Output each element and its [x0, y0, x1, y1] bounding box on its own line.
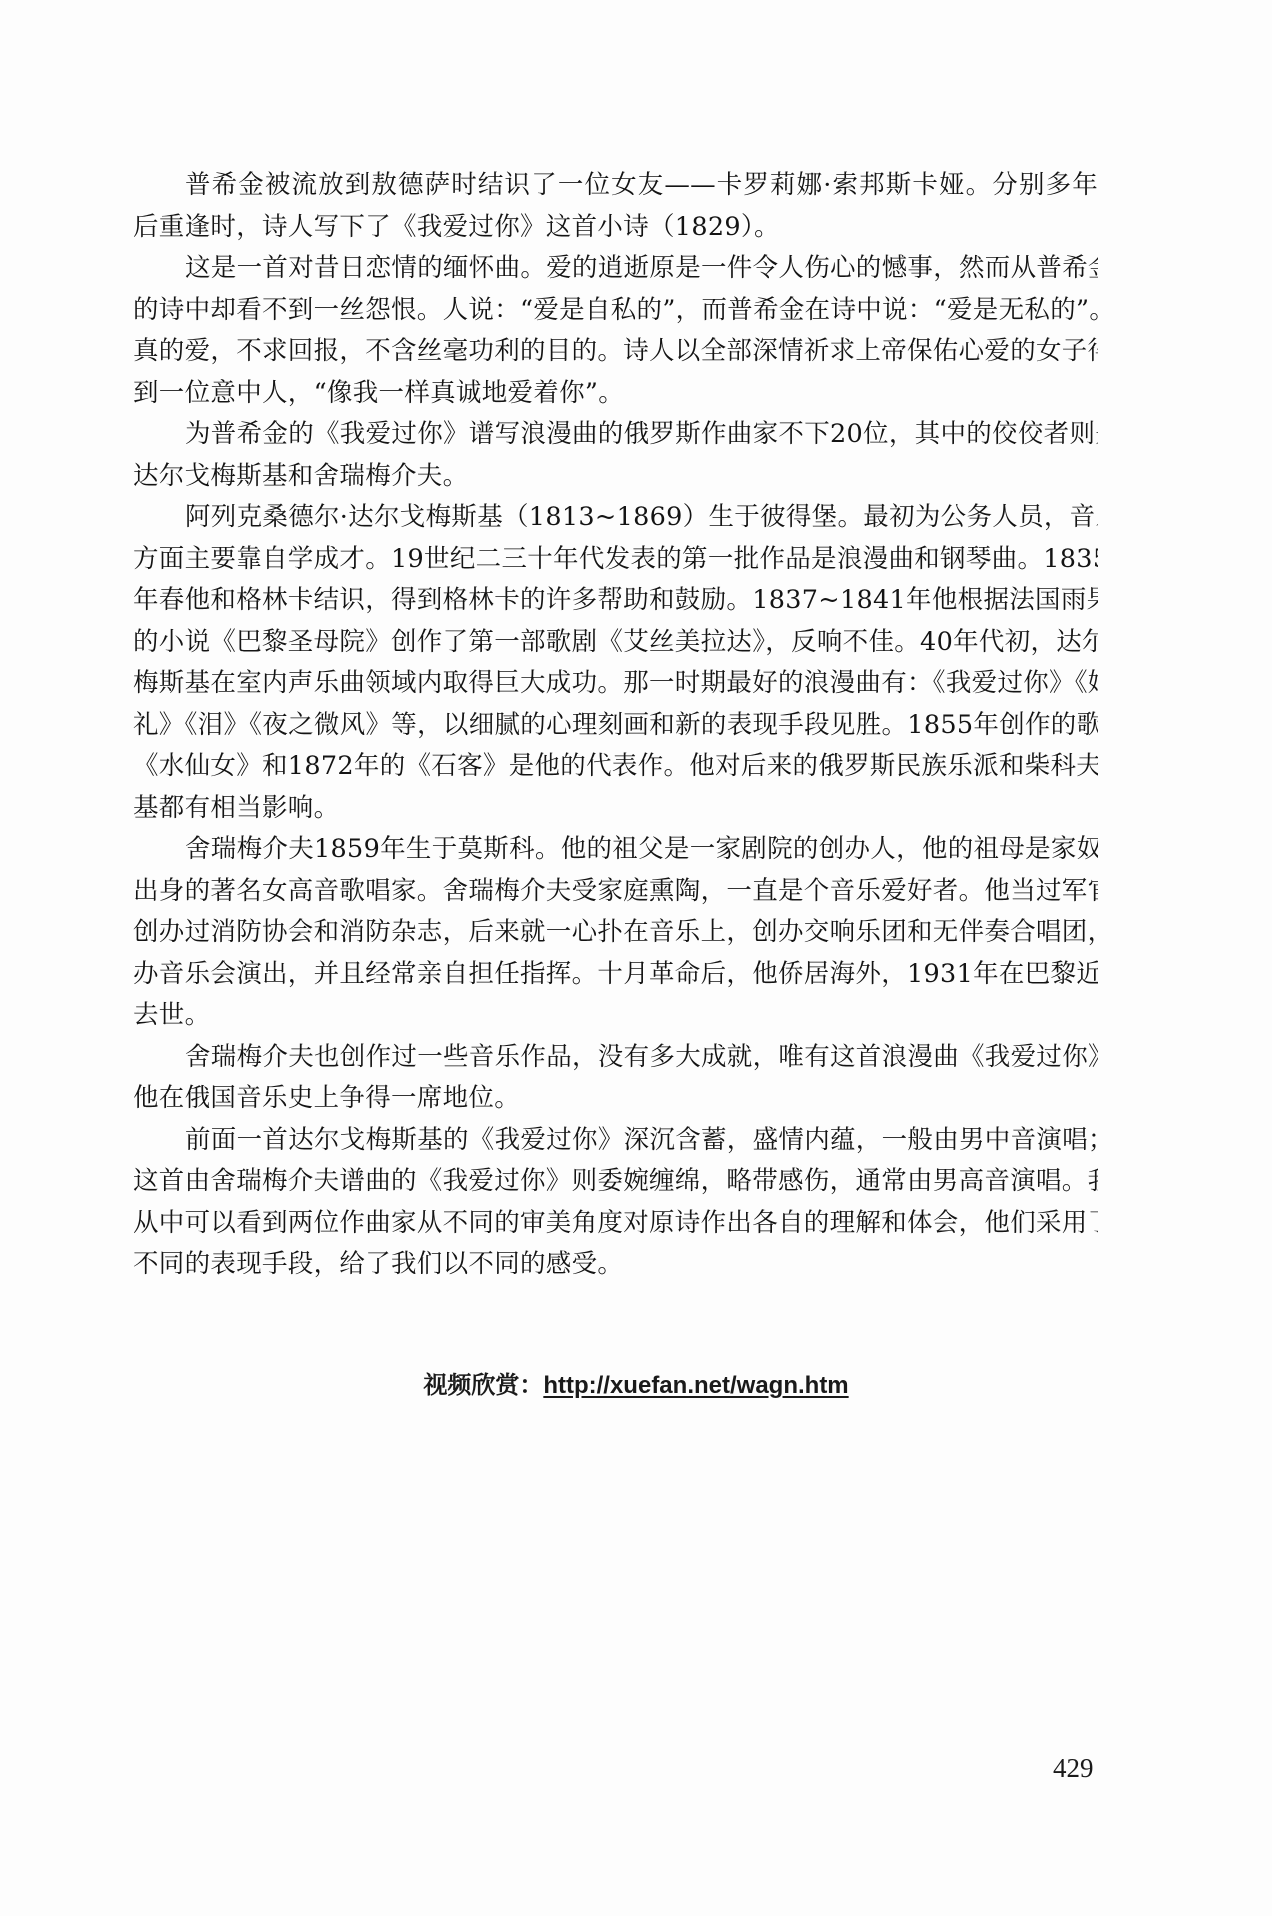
text-line: 去世。	[133, 995, 1098, 1037]
text-line: 前面一首达尔戈梅斯基的《我爱过你》深沉含蓄，盛情内蕴，一般由男中音演唱；而	[133, 1120, 1098, 1162]
paragraph: 阿列克桑德尔·达尔戈梅斯基（1813~1869）生于彼得堡。最初为公务人员，音乐…	[133, 497, 1098, 829]
text-line: 的诗中却看不到一丝怨恨。人说：“爱是自私的”，而普希金在诗中说：“爱是无私的”。…	[133, 290, 1098, 332]
body-text: 普希金被流放到敖德萨时结识了一位女友——卡罗莉娜·索邦斯卡娅。分别多年 后重逢时…	[133, 165, 1098, 1286]
text-line: 的小说《巴黎圣母院》创作了第一部歌剧《艾丝美拉达》，反响不佳。40年代初，达尔戈	[133, 622, 1098, 664]
text-line: 真的爱，不求回报，不含丝毫功利的目的。诗人以全部深情祈求上帝保佑心爱的女子得	[133, 331, 1098, 373]
video-link-row: 视频欣赏：http://xuefan.net/wagn.htm	[0, 1365, 1272, 1400]
text-line: 梅斯基在室内声乐曲领域内取得巨大成功。那一时期最好的浪漫曲有：《我爱过你》《婚	[133, 663, 1098, 705]
text-line: 基都有相当影响。	[133, 788, 1098, 830]
page-number: 429	[1053, 1753, 1094, 1784]
text-line: 《水仙女》和1872年的《石客》是他的代表作。他对后来的俄罗斯民族乐派和柴科夫斯	[133, 746, 1098, 788]
paragraph: 普希金被流放到敖德萨时结识了一位女友——卡罗莉娜·索邦斯卡娅。分别多年 后重逢时…	[133, 165, 1098, 248]
text-line: 到一位意中人，“像我一样真诚地爱着你”。	[133, 373, 1098, 415]
text-line: 普希金被流放到敖德萨时结识了一位女友——卡罗莉娜·索邦斯卡娅。分别多年	[133, 165, 1098, 207]
text-line: 他在俄国音乐史上争得一席地位。	[133, 1078, 1098, 1120]
text-line: 礼》《泪》《夜之微风》等，以细腻的心理刻画和新的表现手段见胜。1855年创作的歌…	[133, 705, 1098, 747]
text-line: 这是一首对昔日恋情的缅怀曲。爱的逍逝原是一件令人伤心的憾事，然而从普希金	[133, 248, 1098, 290]
paragraph: 这是一首对昔日恋情的缅怀曲。爱的逍逝原是一件令人伤心的憾事，然而从普希金 的诗中…	[133, 248, 1098, 414]
text-line: 达尔戈梅斯基和舍瑞梅介夫。	[133, 456, 1098, 498]
book-page: 普希金被流放到敖德萨时结识了一位女友——卡罗莉娜·索邦斯卡娅。分别多年 后重逢时…	[0, 0, 1272, 1916]
paragraph: 舍瑞梅介夫1859年生于莫斯科。他的祖父是一家剧院的创办人，他的祖母是家奴 出身…	[133, 829, 1098, 1037]
paragraph: 前面一首达尔戈梅斯基的《我爱过你》深沉含蓄，盛情内蕴，一般由男中音演唱；而 这首…	[133, 1120, 1098, 1286]
text-line: 年春他和格林卡结识，得到格林卡的许多帮助和鼓励。1837~1841年他根据法国雨…	[133, 580, 1098, 622]
video-link-label: 视频欣赏：	[423, 1371, 543, 1399]
text-line: 不同的表现手段，给了我们以不同的感受。	[133, 1244, 1098, 1286]
text-line: 舍瑞梅介夫1859年生于莫斯科。他的祖父是一家剧院的创办人，他的祖母是家奴	[133, 829, 1098, 871]
text-line: 办音乐会演出，并且经常亲自担任指挥。十月革命后，他侨居海外，1931年在巴黎近郊	[133, 954, 1098, 996]
text-line: 舍瑞梅介夫也创作过一些音乐作品，没有多大成就，唯有这首浪漫曲《我爱过你》使	[133, 1037, 1098, 1079]
text-line: 创办过消防协会和消防杂志，后来就一心扑在音乐上，创办交响乐团和无伴奏合唱团，主	[133, 912, 1098, 954]
text-line: 阿列克桑德尔·达尔戈梅斯基（1813~1869）生于彼得堡。最初为公务人员，音乐	[133, 497, 1098, 539]
text-line: 后重逢时，诗人写下了《我爱过你》这首小诗（1829）。	[133, 207, 1098, 249]
text-line: 方面主要靠自学成才。19世纪二三十年代发表的第一批作品是浪漫曲和钢琴曲。1835	[133, 539, 1098, 581]
text-line: 出身的著名女高音歌唱家。舍瑞梅介夫受家庭熏陶，一直是个音乐爱好者。他当过军官，	[133, 871, 1098, 913]
video-link[interactable]: http://xuefan.net/wagn.htm	[543, 1372, 848, 1399]
paragraph: 舍瑞梅介夫也创作过一些音乐作品，没有多大成就，唯有这首浪漫曲《我爱过你》使 他在…	[133, 1037, 1098, 1120]
text-line: 为普希金的《我爱过你》谱写浪漫曲的俄罗斯作曲家不下20位，其中的佼佼者则是	[133, 414, 1098, 456]
paragraph: 为普希金的《我爱过你》谱写浪漫曲的俄罗斯作曲家不下20位，其中的佼佼者则是 达尔…	[133, 414, 1098, 497]
text-line: 从中可以看到两位作曲家从不同的审美角度对原诗作出各自的理解和体会，他们采用了	[133, 1203, 1098, 1245]
text-line: 这首由舍瑞梅介夫谱曲的《我爱过你》则委婉缠绵，略带感伤，通常由男高音演唱。我们	[133, 1161, 1098, 1203]
